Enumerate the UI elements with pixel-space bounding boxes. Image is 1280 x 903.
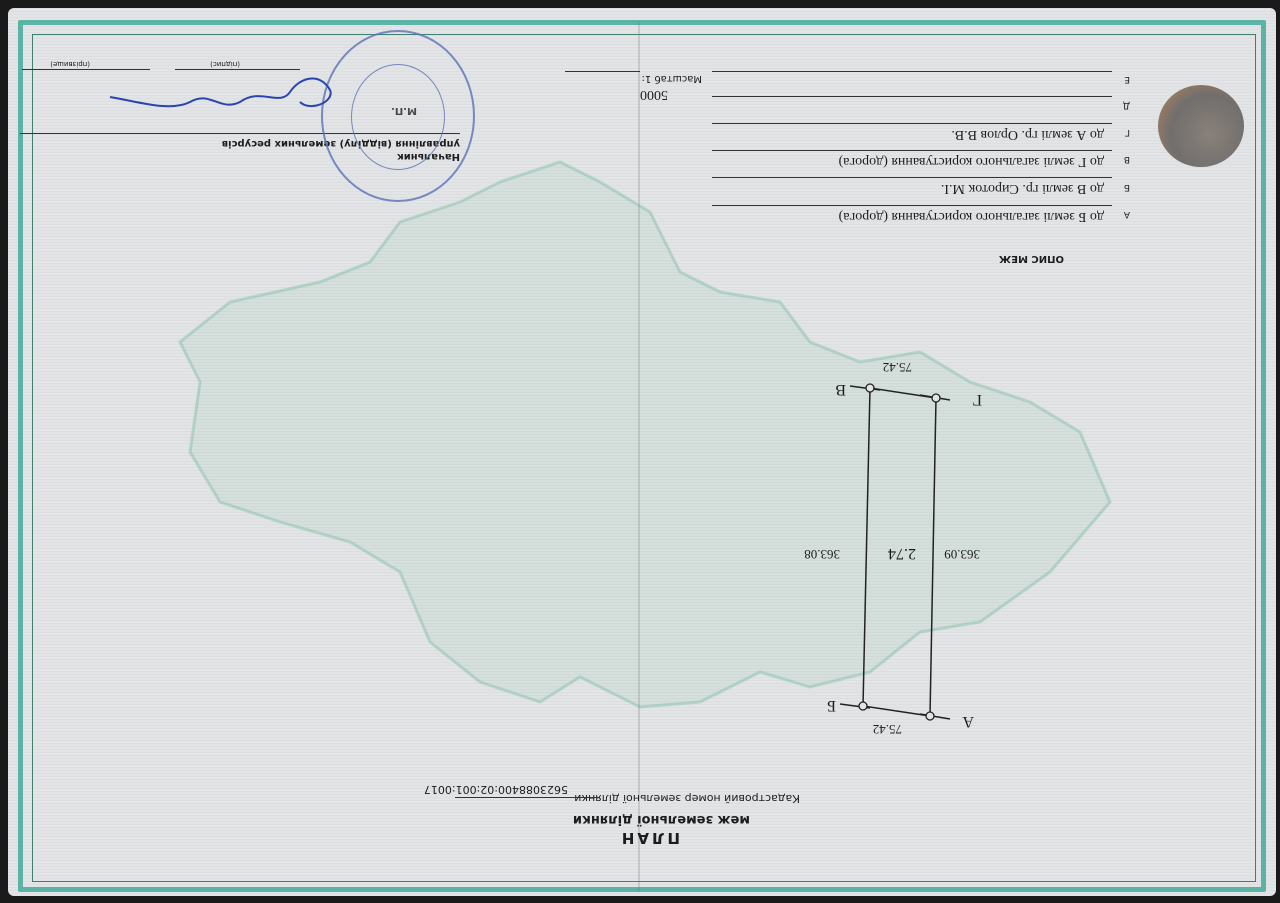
document-sheet: ПЛАН меж земельної ділянки Кадастровий н… <box>0 0 1280 902</box>
signature-scribble <box>0 0 1280 902</box>
signature-caption: (підпис) <box>210 60 240 68</box>
signature-underline <box>175 69 300 70</box>
surname-underline <box>22 69 150 70</box>
surname-caption: (прізвище) <box>50 60 90 68</box>
